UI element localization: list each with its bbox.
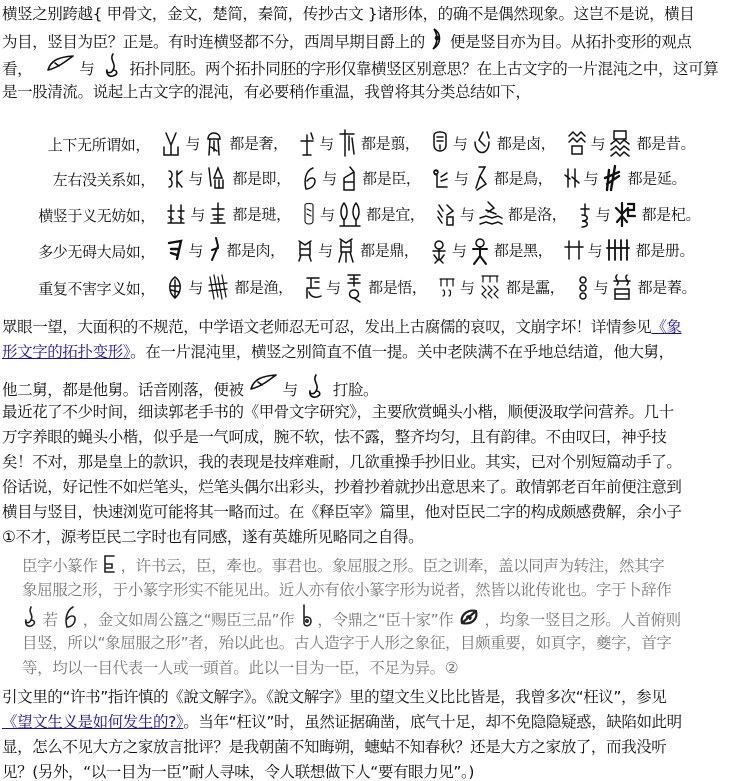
link-pictograph-topology-cont[interactable]: 形文字的拓扑变形》 [2,343,130,361]
ancient-glyph-icon [165,237,185,265]
table-row: 横竖于义无妨如， 与 都是琎， 与 都是宜， 与 都是洛， 与 都是杞。 [0,200,700,236]
ancient-glyph-icon [566,130,588,158]
text-line: 横竖之别跨越{ 甲骨文，金文，楚简，秦简，传抄古文 }诸形体，的确不是偶然现象。… [2,2,733,27]
glyph-meaning: 都是靁， [506,279,564,297]
glyph-pair: 与 都是鳥， [431,164,552,194]
ancient-glyph-icon [470,236,490,266]
text-line: 他二舅，都是他舅。话音刚落，便被 与 打脸。 [2,373,733,398]
ancient-glyph-icon [478,272,502,304]
ancient-glyph-icon [478,200,504,230]
text-span: 便是竖目亦为目。从拓扑变形的观点 [450,33,692,51]
glyph-pair: 与 都是臣， [301,164,420,194]
text-line: ①不才，源考臣民二字时也有同感，遂有英雄所见略同之自得。 [2,525,733,550]
glyph-pair: 与 都是奢， [160,129,287,159]
text-span: 看， [2,60,32,78]
text-line: 是一股清流。说起上古文字的混沌，有必要稍作重温，我曾将其分类总结如下， [2,80,733,105]
text-span: 为目，竖目为臣？正是。有时连横竖都不分，西周早期目爵上的 [2,33,425,51]
glyph-pair: 与 都是册。 [563,236,694,266]
text-line: 万字养眼的蝇头小楷，似乎是一气呵成，腕不软，怯不露，整齐均匀，且有韵律。不由叹曰… [2,425,733,450]
glyph-pair: 与 都是昔。 [566,128,695,160]
glyph-meaning: 都是渔， [234,279,292,297]
oracle-chen-glyph-icon [22,605,38,629]
link-wangwen-shengyi[interactable]: 《望文生义是如何发生的?》 [2,713,183,731]
text-line: 看， 与 拓扑同胚。两个拓扑同胚的字形仅靠横竖区别意思？在上古文字的一片混沌之中… [2,52,733,80]
text-line: 为目，竖目为臣？正是。有时连横竖都不分，西周早期目爵上的 便是竖目亦为目。从拓扑… [2,27,733,52]
ancient-glyph-icon [340,164,358,194]
text-line: 眾眼一望，大面积的不规范，中学语文老师忍无可忍，发出上古腐儒的哀叹，文崩字坏！详… [2,315,733,340]
row-label: 左右没关系如， [5,169,155,190]
text-span: 。当年“枉议”时，虽然证据确凿，底气十足，却不免隐隐疑惑，缺陷如此明 [183,713,681,731]
text-span: 与 [283,381,298,399]
ancient-glyph-icon [613,200,637,230]
ancient-glyph-icon [344,272,364,304]
glyph-pair: 与 都是渔， [165,273,292,303]
yu-conj: 与 [460,206,475,224]
row-label: 多少无碍大局如， [0,241,155,262]
glyph-meaning: 都是即， [232,170,290,188]
glyph-pair: 与 都是宜， [301,200,424,230]
ancient-glyph-icon [431,165,451,193]
glyph-meaning: 都是萶。 [638,279,696,297]
ancient-glyph-icon [298,129,316,159]
glyph-pair: 与 都是卤， [430,128,555,160]
text-line: 等，均以一目代表一人或一頭首。此以一目为一臣，不足为异。② [22,656,722,681]
yu-conj: 与 [453,135,468,153]
glyph-pair: 与 都是洛， [435,200,566,230]
ancient-glyph-icon [338,200,362,230]
glyph-pair: 与 都是靁， [437,272,564,304]
ancient-glyph-icon [605,236,631,266]
glyph-pair: 与 都是即， [165,164,290,194]
glyph-meaning: 都是鼎， [360,242,418,260]
text-span: 他二舅，都是他舅。话音刚落，便被 [2,381,244,399]
text-line: 形文字的拓扑变形》。在一片混沌里，横竖之别简直不值一提。关中老陕满不在乎地总结道… [2,340,733,365]
horizontal-eye-glyph-icon [45,54,75,72]
paragraph-guo-study: 最近花了不少时间，细读郭老手书的《甲骨文字研究》，主要欣赏蝇头小楷，顺便汲取学问… [2,400,733,550]
glyph-meaning: 都是册。 [636,242,694,260]
glyph-pair: 与 都是肉， [165,236,284,266]
text-span: ，均象一竖目之形。人首俯则 [484,611,680,629]
glyph-pair: 与 都是萶。 [575,273,696,303]
horizontal-eye-glyph-icon [248,373,278,391]
paragraph-shuowen: 引文里的“许书”指许慎的《說文解字》。《說文解字》里的望文生义比比皆是，我曾多次… [2,685,733,781]
row-label: 重复不害字义如， [0,278,155,299]
ancient-glyph-icon [563,237,585,265]
ancient-glyph-icon [337,128,357,160]
ancient-glyph-icon [203,129,225,159]
glyph-meaning: 都是洛， [508,206,566,224]
ancient-glyph-icon [437,274,457,302]
ancient-glyph-icon [430,129,450,159]
glyph-meaning: 都是臣， [362,170,420,188]
glyph-meaning: 都是杞。 [642,206,700,224]
glyph-pair: 与 都是延。 [563,164,686,194]
link-pictograph-topology[interactable]: 《象 [651,318,681,336]
text-line: 横目与竖目，快速浏览可能将其一略而过。在《释臣宰》篇里，他对臣民二字的构成颇感费… [2,500,733,525]
glyph-pair: 与 都是琎， [165,201,290,229]
ancient-glyph-icon [472,164,490,194]
text-span: 拓扑同胚。两个拓扑同胚的字形仅靠横竖区别意思？在上古文字的一片混沌之中，这可算 [129,60,718,78]
blockquote-guo: 臣字小篆作 ，许书云，臣，牽也。事君也。象屈服之形。臣之训牽，盖以同声为转注，然… [22,553,722,681]
ancient-glyph-icon [295,237,315,265]
glyph-meaning: 都是琎， [232,206,290,224]
ancient-glyph-icon [160,129,182,159]
ancient-glyph-icon [206,273,230,303]
ancient-glyph-icon [206,236,222,266]
ancient-glyph-icon [165,165,185,193]
row-label: 上下无所谓如， [0,134,150,155]
yu-conj: 与 [588,242,603,260]
seal-script-chen-glyph-icon [102,553,116,575]
glyph-meaning: 都是翦， [361,135,419,153]
glyph-meaning: 都是黑， [494,242,552,260]
oracle-chen-glyph-icon [62,605,78,629]
text-line: 矣！不对，那是皇上的款识，我的表现是技痒难耐，几欲重操手抄旧业。其实，已对个别短… [2,450,733,475]
ancient-glyph-icon [206,164,228,194]
vertical-eye-glyph-icon [306,373,324,399]
ancient-glyph-icon [165,201,187,229]
glyph-meaning: 都是宜， [366,206,424,224]
yu-conj: 与 [190,206,205,224]
glyph-meaning: 都是延。 [628,170,686,188]
ancient-glyph-icon [577,201,593,229]
glyph-pair: 与 都是翦， [298,128,419,160]
text-line: 俗话说，好记性不如烂笔头，烂笔头偶尔出彩头，抄着抄着就抄出意思来了。敢情郭老百年… [2,475,733,500]
ancient-glyph-icon [429,237,449,265]
yu-conj: 与 [322,170,337,188]
glyph-meaning: 都是奢， [229,135,287,153]
text-span: 若 [43,611,58,629]
ancient-glyph-icon [303,274,323,302]
text-line: 象屈服之形，于小篆字形实不能见出。近人亦有依小篆字形为说者，然皆以讹传讹也。字于… [22,578,722,603]
yu-conj: 与 [320,206,335,224]
ancient-glyph-icon [563,165,581,193]
yu-conj: 与 [318,242,333,260]
yu-conj: 与 [188,279,203,297]
yu-conj: 与 [460,279,475,297]
paragraph-intro: 横竖之别跨越{ 甲骨文，金文，楚简，秦简，传抄古文 }诸形体，的确不是偶然现象。… [2,2,733,105]
ancient-glyph-icon [608,128,632,160]
ancient-glyph-icon [471,128,493,160]
yu-conj: 与 [591,135,606,153]
yu-conj: 与 [596,206,611,224]
ancient-glyph-icon [301,201,317,229]
text-span: 眾眼一望，大面积的不规范，中学语文老师忍无可忍，发出上古腐儒的哀叹，文崩字坏！详… [2,318,651,336]
glyph-meaning: 都是悟， [368,279,426,297]
text-span: 。在一片混沌里，横竖之别简直不值一提。关中老陕满不在乎地总结道，他大舅， [130,343,674,361]
ancient-glyph-icon [575,274,591,302]
ancient-glyph-icon [601,164,623,194]
text-span: 臣字小篆作 [22,557,98,575]
yu-conj: 与 [319,135,334,153]
text-line: 臣字小篆作 ，许书云，臣，牽也。事君也。象屈服之形。臣之训牽，盖以同声为转注，然… [22,553,722,578]
vertical-eye-glyph-icon [429,27,445,51]
yu-conj: 与 [452,242,467,260]
glyph-meaning: 都是昔。 [637,135,695,153]
ancient-glyph-icon [208,201,228,229]
text-line: 见？(另外，“以一目为一臣”耐人寻味，令人联想做下人“要有眼力见”。) [2,760,733,781]
glyph-pair: 与 都是悟， [303,272,426,304]
glyph-meaning: 都是卤， [497,135,555,153]
bronze-chen-glyph-icon [458,607,480,629]
glyph-pair: 与 都是黑， [429,236,552,266]
text-span: 与 [79,60,94,78]
vertical-eye-glyph-icon [103,52,121,78]
yu-conj: 与 [185,135,200,153]
glyph-meaning: 都是肉， [226,242,284,260]
text-span: ，金文如周公簋之“赐臣三品”作 [83,611,295,629]
ancient-glyph-icon [165,274,185,302]
table-row: 多少无碍大局如， 与 都是肉， 与 都是鼎， 与 都是黑， 与 都是册。 [0,236,694,272]
bronze-chen-glyph-icon [299,603,313,629]
text-line: 目竖，所以“象屈服之形”者，殆以此也。古人造字于人形之象征，目颇重要，如頁字，夔… [22,631,722,656]
yu-conj: 与 [188,170,203,188]
table-row: 上下无所谓如， 与 都是奢， 与 都是翦， 与 都是卤， 与 都是昔。 [0,128,695,164]
row-label: 横竖于义无妨如， [0,205,155,226]
text-span: ，许书云，臣，牽也。事君也。象屈服之形。臣之训牽，盖以同声为转注，然其字 [121,557,665,575]
text-line: 最近花了不少时间，细读郭老手书的《甲骨文字研究》，主要欣赏蝇头小楷，顺便汲取学问… [2,400,733,425]
text-line: 若 ，金文如周公簋之“赐臣三品”作 ，令鼎之“臣十家”作 ，均象一竖目之形。人首… [22,603,722,631]
text-span: 打脸。 [333,381,378,399]
yu-conj: 与 [594,279,609,297]
ancient-glyph-icon [336,236,356,266]
glyph-pair: 与 都是杞。 [577,200,700,230]
paragraph-chaos: 眾眼一望，大面积的不规范，中学语文老师忍无可忍，发出上古腐儒的哀叹，文崩字坏！详… [2,315,733,398]
glyph-pair: 与 都是鼎， [295,236,418,266]
table-row: 左右没关系如， 与 都是即， 与 都是臣， 与 都是鳥， 与 都是延。 [5,164,686,200]
ancient-glyph-icon [301,165,319,193]
glyph-meaning: 都是鳥， [494,170,552,188]
text-span: ，令鼎之“臣十家”作 [317,611,453,629]
text-line: 引文里的“许书”指许慎的《說文解字》。《說文解字》里的望文生义比比皆是，我曾多次… [2,685,733,710]
table-row: 重复不害字义如， 与 都是渔， 与 都是悟， 与 都是靁， 与 都是萶。 [0,272,696,308]
text-line: 显，怎么不见大方之家放言批评？是我朝菌不知晦朔，蟪蛄不知春秋？还是大方之家放了，… [2,735,733,760]
ancient-glyph-icon [435,201,457,229]
ancient-glyph-icon [611,273,633,303]
yu-conj: 与 [326,279,341,297]
text-line: 《望文生义是如何发生的?》。当年“枉议”时，虽然证据确凿，底气十足，却不免隐隐疑… [2,710,733,735]
yu-conj: 与 [584,170,599,188]
yu-conj: 与 [454,170,469,188]
yu-conj: 与 [188,242,203,260]
